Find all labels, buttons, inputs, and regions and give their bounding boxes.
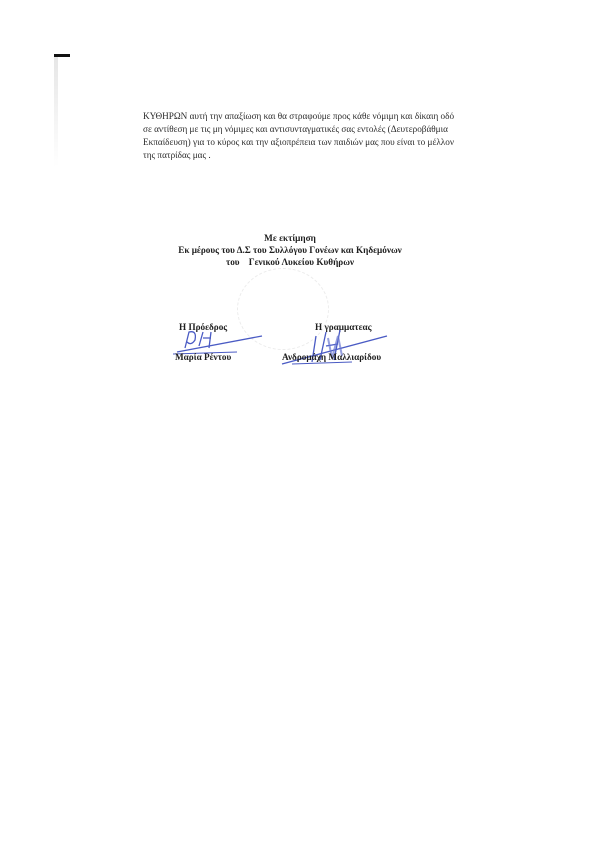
closing-school: του Γενικού Λυκείου Κυθήρων — [150, 256, 430, 268]
signatory-name: Ανδρομάχη Μαλλιαρίδου — [282, 352, 381, 362]
scan-edge-shadow — [54, 57, 58, 167]
body-line: Εκπαίδευση) για το κύρος και την αξιοπρέ… — [143, 136, 488, 149]
body-line: σε αντίθεση με τις μη νόμιμες και αντισυ… — [143, 123, 488, 136]
signatory-name: Μαρία Ρέντου — [175, 352, 231, 362]
closing-association: Εκ μέρους του Δ.Σ του Συλλόγου Γονέων κα… — [150, 244, 430, 256]
closing-block: Με εκτίμηση Εκ μέρους του Δ.Σ του Συλλόγ… — [150, 232, 430, 268]
body-line: ΚΥΘΗΡΩΝ αυτή την απαξίωση και θα στραφού… — [143, 110, 488, 123]
letter-body: ΚΥΘΗΡΩΝ αυτή την απαξίωση και θα στραφού… — [143, 110, 488, 162]
closing-salutation: Με εκτίμηση — [150, 232, 430, 244]
body-line: της πατρίδας μας . — [143, 149, 488, 162]
